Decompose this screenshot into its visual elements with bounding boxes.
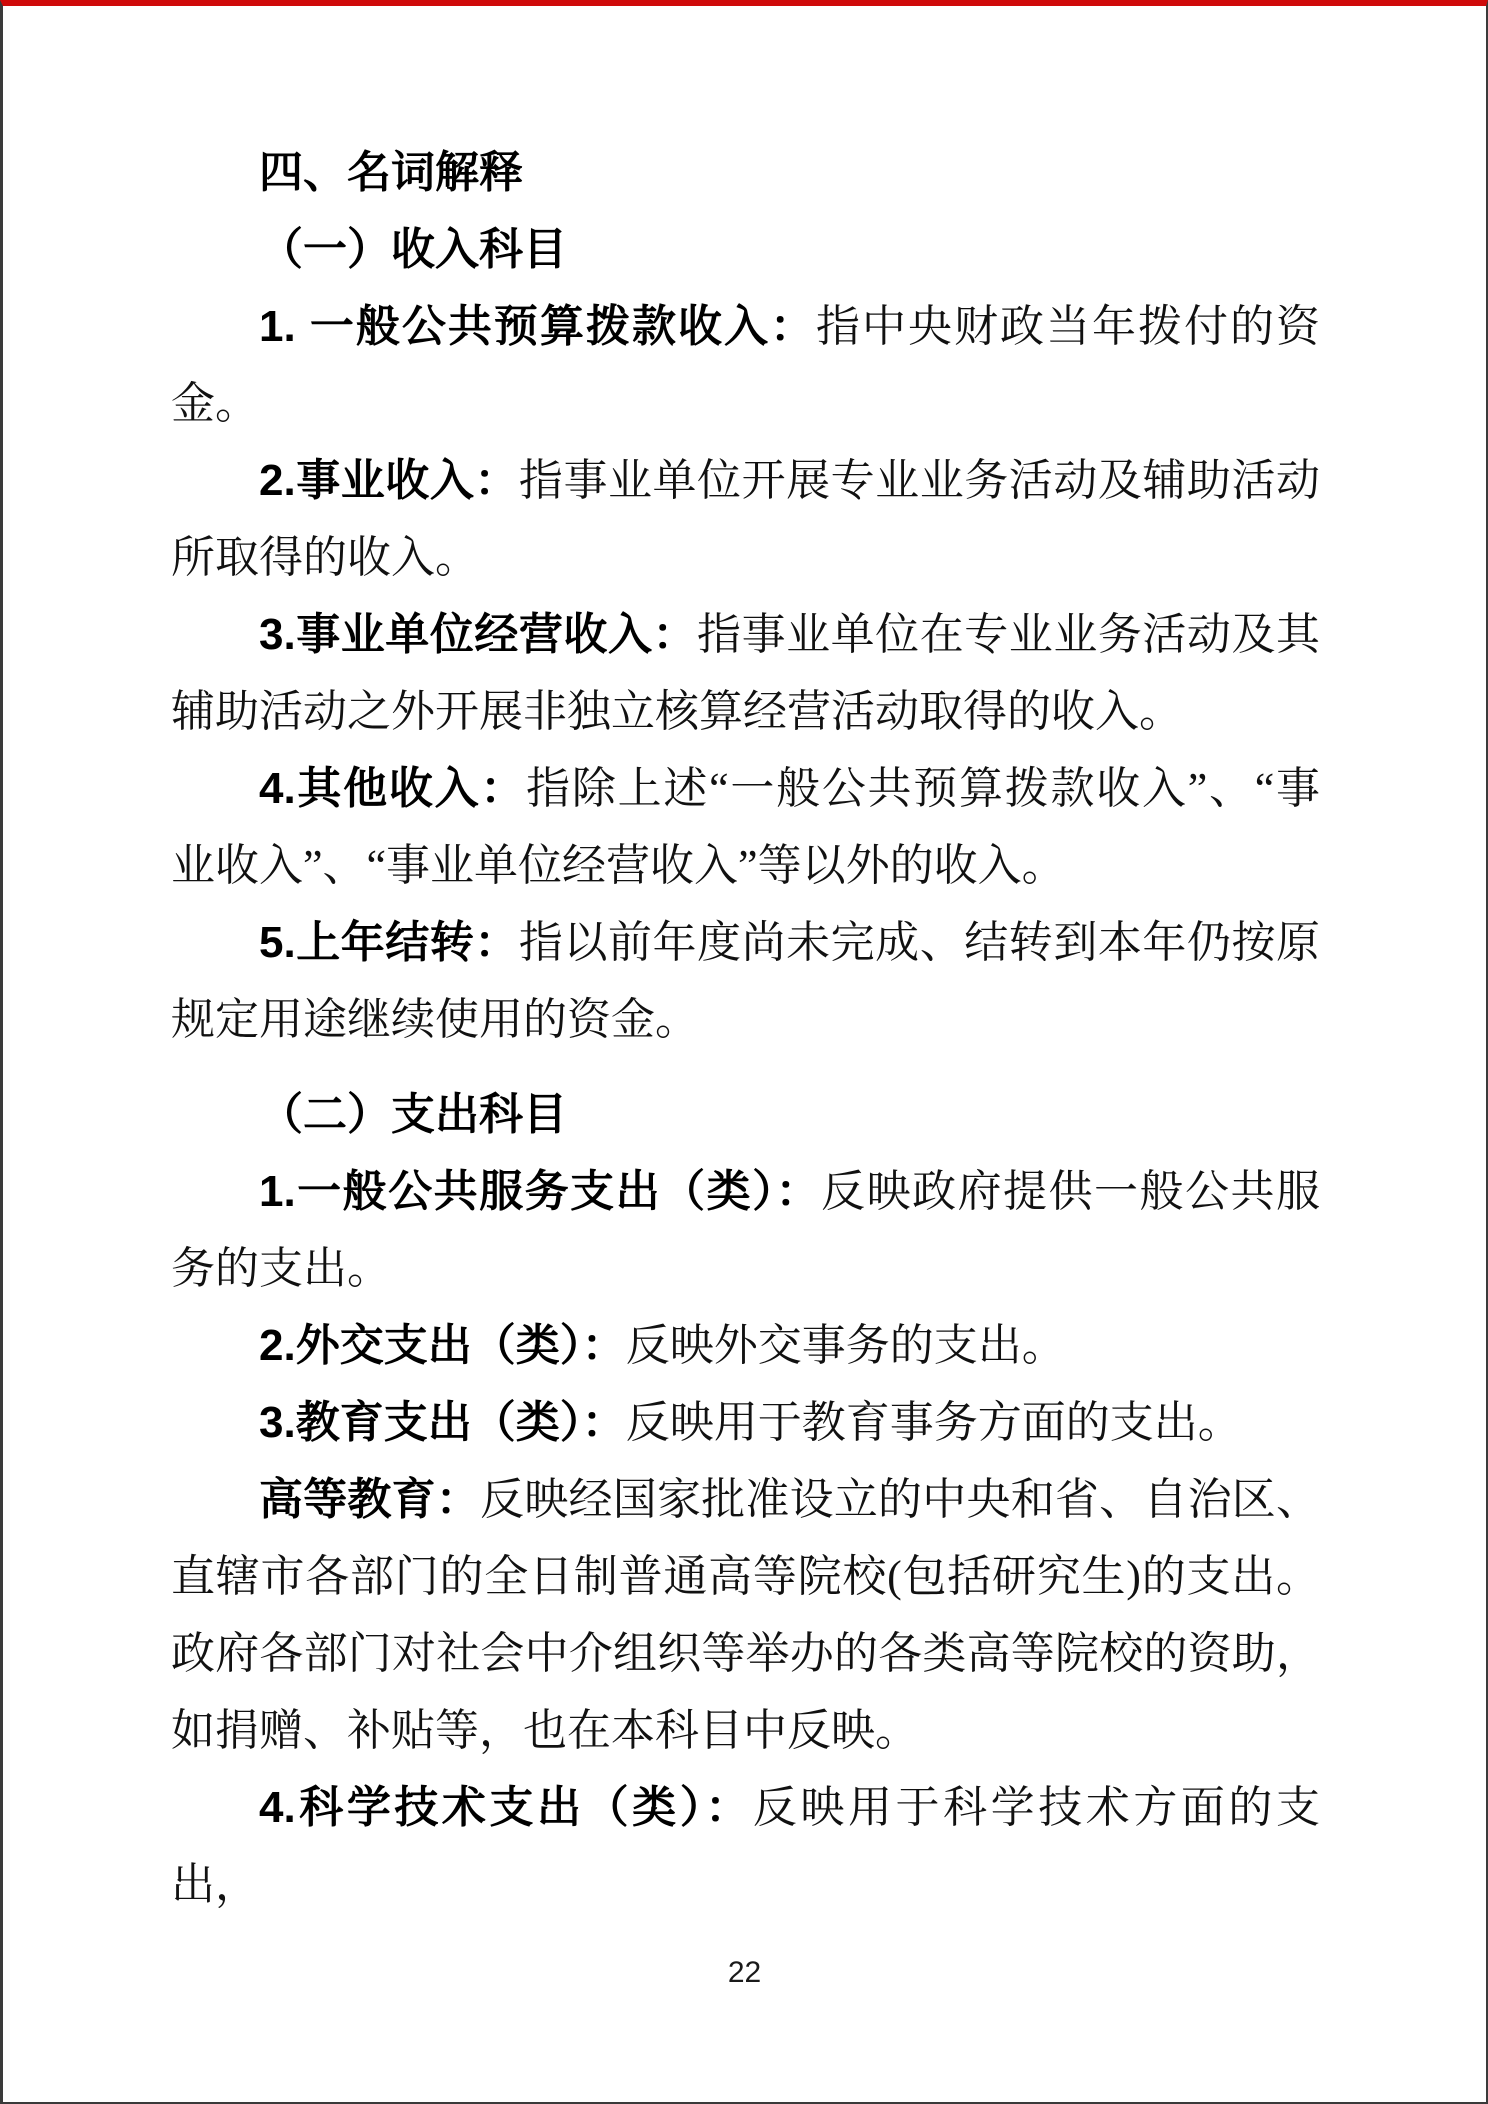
definition-paragraph: 4.其他收入：指除上述“一般公共预算拨款收入”、“事业收入”、“事业单位经营收入… — [171, 750, 1320, 904]
page-content: 四、名词解释 （一）收入科目 1. 一般公共预算拨款收入：指中央财政当年拨付的资… — [3, 6, 1486, 1923]
subsection-heading-income: （一）收入科目 — [171, 211, 1320, 288]
definition-term: 4.科学技术支出（类）： — [259, 1783, 753, 1832]
definition-term: 1.一般公共服务支出（类）： — [259, 1167, 821, 1216]
definition-paragraph: 4.科学技术支出（类）：反映用于科学技术方面的支出， — [171, 1769, 1320, 1923]
definition-term: 5.上年结转： — [259, 918, 519, 967]
definition-paragraph: 5.上年结转：指以前年度尚未完成、结转到本年仍按原规定用途继续使用的资金。 — [171, 904, 1320, 1058]
definition-paragraph: 2.外交支出（类）：反映外交事务的支出。 — [171, 1307, 1320, 1384]
definition-term: 4.其他收入： — [259, 764, 526, 813]
definition-paragraph: 3.教育支出（类）：反映用于教育事务方面的支出。 — [171, 1384, 1320, 1461]
definition-paragraph: 3.事业单位经营收入：指事业单位在专业业务活动及其辅助活动之外开展非独立核算经营… — [171, 596, 1320, 750]
definition-term: 高等教育： — [259, 1475, 480, 1524]
definition-paragraph: 1. 一般公共预算拨款收入：指中央财政当年拨付的资金。 — [171, 288, 1320, 442]
definition-text: 反映外交事务的支出。 — [626, 1321, 1066, 1370]
page-number: 22 — [3, 1956, 1486, 1990]
definition-paragraph: 高等教育：反映经国家批准设立的中央和省、自治区、直辖市各部门的全日制普通高等院校… — [171, 1461, 1320, 1769]
subsection-heading-expenditure: （二）支出科目 — [171, 1076, 1320, 1153]
definition-paragraph: 2.事业收入：指事业单位开展专业业务活动及辅助活动所取得的收入。 — [171, 442, 1320, 596]
definition-term: 2.事业收入： — [259, 456, 519, 505]
document-page: 四、名词解释 （一）收入科目 1. 一般公共预算拨款收入：指中央财政当年拨付的资… — [0, 0, 1488, 2104]
definition-term: 1. 一般公共预算拨款收入： — [259, 302, 816, 351]
definition-term: 2.外交支出（类）： — [259, 1321, 626, 1370]
definition-term: 3.事业单位经营收入： — [259, 610, 697, 659]
section-heading: 四、名词解释 — [171, 134, 1320, 211]
definition-term: 3.教育支出（类）： — [259, 1398, 626, 1447]
definition-text: 反映用于教育事务方面的支出。 — [626, 1398, 1242, 1447]
definition-paragraph: 1.一般公共服务支出（类）：反映政府提供一般公共服务的支出。 — [171, 1153, 1320, 1307]
